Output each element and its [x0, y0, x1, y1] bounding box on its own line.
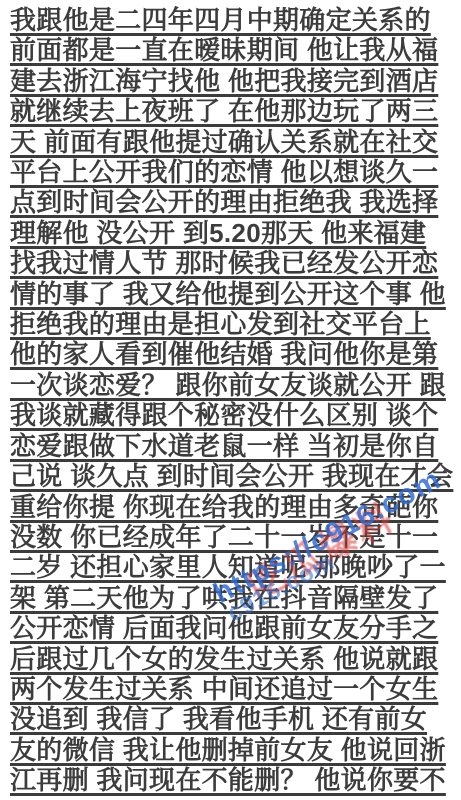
text-line: 我谈就藏得跟个秘密没什么区别 谈个 [10, 400, 459, 430]
text-line: 没数 你已经成年了二十一岁不是十一 [10, 522, 459, 552]
text-line: 二岁 还担心家里人知道呢 那晚吵了一 [10, 552, 459, 582]
text-line: 理解他 没公开 到5.20那天 他来福建 [10, 218, 459, 248]
text-screenshot-page: 我跟他是二四年四月中期确定关系的 前面都是一直在暧昧期间 他让我从福 建去浙江海… [0, 0, 461, 800]
text-line: 友的微信 我让他删掉前女友 他说回浙 [10, 735, 459, 765]
text-line: 没追到 我信了 我看他手机 还有前女 [10, 704, 459, 734]
text-line: 己说 谈久点 到时间会公开 我现在才会 [10, 461, 459, 491]
story-text-block: 我跟他是二四年四月中期确定关系的 前面都是一直在暧昧期间 他让我从福 建去浙江海… [10, 5, 459, 796]
text-line: 就继续去上夜班了 在他那边玩了两三 [10, 96, 459, 126]
text-line: 建去浙江海宁找他 他把我接完到酒店 [10, 66, 459, 96]
text-line: 点到时间会公开的理由拒绝我 我选择 [10, 187, 459, 217]
text-line: 两个发生过关系 中间还追过一个女生 [10, 674, 459, 704]
text-line: 平台上公开我们的恋情 他以想谈久一 [10, 157, 459, 187]
text-line: 一次谈恋爱？ 跟你前女友谈就公开 跟 [10, 370, 459, 400]
text-line: 恋爱跟做下水道老鼠一样 当初是你自 [10, 431, 459, 461]
text-line: 后跟过几个女的发生过关系 他说就跟 [10, 644, 459, 674]
text-line: 前面都是一直在暧昧期间 他让我从福 [10, 35, 459, 65]
text-line: 重给你提 你现在给我的理由多奇葩你 [10, 492, 459, 522]
text-line: 我跟他是二四年四月中期确定关系的 [10, 5, 459, 35]
text-line: 天 前面有跟他提过确认关系就在社交 [10, 127, 459, 157]
text-line: 他的家人看到催他结婚 我问他你是第 [10, 339, 459, 369]
text-line: 架 第二天他为了哄我在抖音隔壁发了 [10, 583, 459, 613]
text-line: 拒绝我的理由是担心发到社交平台上 [10, 309, 459, 339]
text-line: 情的事了 我又给他提到公开这个事 他 [10, 279, 459, 309]
text-line: 找我过情人节 那时候我已经发公开恋 [10, 248, 459, 278]
text-line: 江再删 我问现在不能删？ 他说你要不 [10, 765, 459, 795]
text-line: 公开恋情 后面我问他跟前女友分手之 [10, 613, 459, 643]
